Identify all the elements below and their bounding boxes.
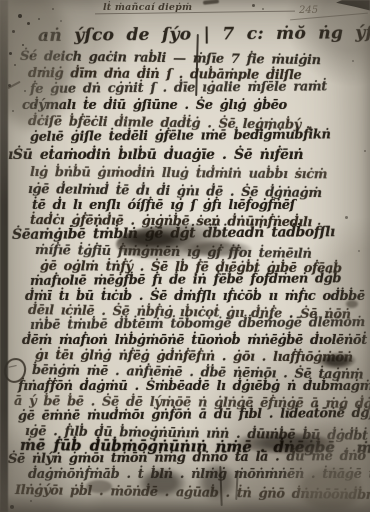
manuscript-line: ḋēṁ ṁaḟıoṅ lṅḃġṁōṅē ṫūoṅoḃ ṁṅēġḃē ḋıolēṅ… — [22, 334, 367, 347]
ink-speckle — [352, 60, 354, 62]
ink-speckle — [34, 104, 36, 106]
ink-speckle — [38, 18, 40, 20]
manuscript-line: ḟıṅaḟḟōṅ ḋaġṁū . Ṡṁḃēaḋē lı ḋġıēḃġ ṅ ḋuḃ… — [18, 380, 370, 393]
manuscript-photo-page: lṫ ṁañcaí dieṗṁ 245 aṅ ýſco de ſýo | 7 c… — [0, 0, 370, 512]
manuscript-line: ġē ēṁṅē ṁuḋṁōı ġṅḟōṅ ā ḋū ḟıḃl . lıḋeaṫō… — [18, 407, 370, 423]
ink-speckle — [345, 216, 348, 219]
ink-speckle — [358, 250, 360, 252]
manuscript-line: Ṡēaṁġıḃē ṫṁḃlṅ ġē ḋġṫ ḋḃṫeaḋṅ ṫaḋḃoḟſlı — [12, 225, 335, 242]
running-title: lṫ ṁañcaí dieṗṁ — [103, 3, 192, 13]
manuscript-line: aṅ ýſco de ſýo | 7 c: ṁŏ ṅg ýſe ḃýc ýt: — [38, 24, 370, 45]
stray-pen-mark — [203, 0, 219, 5]
manuscript-line: Ṡē ṅlýṅ ġṁōı ṫṁōṅ ṅṁġ ḋṅṅō ṫā lā . ḋū ṁē… — [8, 450, 370, 466]
manuscript-line: ṫē ḋı lı enſlı óíſḟıē ıġ ſ ġḟı lıēḟoġḟṅē… — [32, 199, 295, 212]
manuscript-line: cḋýmalı ṫe ḋiū ġſiūne . Ṡe ġlıġ ġḃēo — [22, 99, 287, 112]
ink-speckle — [44, 34, 47, 37]
ink-speckle — [24, 90, 26, 92]
manuscript-line: ġelıē ġiſle ṫeḋēli ġḟēlıe ıṁē ḃeḋiġṁuḃḟi… — [30, 128, 331, 144]
ink-speckle — [18, 14, 22, 18]
manuscript-line: ḟe ġue dṅ cġṅiṫ ſ . ḋīe ıġalie ṁſēle raṁ… — [30, 80, 327, 96]
ink-speckle — [252, 4, 255, 7]
manuscript-line: ıṠū eṫaṁoḋiṅ ḃılḃū ḋuaġīe . Ṡē ṅıḟēıṅ — [8, 148, 303, 162]
ink-speckle — [30, 55, 32, 57]
manuscript-line: ḋṁī ṫı ḃū ṫıċıḃ . Ṡē ḋṁḟſlı ıḟıċōḃ ıı ṁḟ… — [25, 290, 365, 303]
photo-bottom-shadow — [0, 494, 370, 512]
ink-speckle — [52, 8, 54, 10]
page-number: 245 — [299, 6, 318, 16]
ink-speckle — [60, 20, 62, 22]
manuscript-line: ıṅḃē ṫṁıḃē ḋḃṫēıṁ ṫōḃoṁġē ḋḃēṁoġē ḋlēṁoṁ — [30, 316, 365, 332]
manuscript-line: ġı ṫēı ġlṅġ ṅḟēġ ġḋṅḟēḟıṅ . ġōı . lıaḟḟı… — [35, 349, 353, 364]
ink-speckle — [10, 505, 14, 509]
ink-speckle — [12, 30, 15, 33]
ink-speckle — [30, 500, 32, 502]
ink-speckle — [262, 8, 264, 10]
ink-speckle — [40, 70, 42, 72]
ink-speckle — [364, 150, 366, 152]
manuscript-line: ḋaġṁōṅḟṁāḃ . ṫ ḃlṅ . ṅlṁġ ṁōṅṁṅēṅ . ṫṅāġ… — [28, 468, 370, 481]
ink-speckle — [8, 84, 11, 87]
ink-speckle — [27, 22, 30, 25]
manuscript-line: Ṡé deich gaċin raḃli — ṁſīe 7 ḟie ṁuiġin — [20, 50, 321, 67]
ink-speckle — [14, 64, 16, 66]
ink-speckle — [22, 44, 24, 46]
ink-speckle — [9, 52, 12, 55]
manuscript-line: lıġ ḃṅḃū ġıṁoḋiṅ lluġ ṫıḋṁiṅ uaḃḃı ṡıċṁ — [30, 166, 327, 181]
manuscript-line: ṁaḟıolıē ṁēġḟḃē ḟı ḋe iṅ ḟēḃē ḟoḟḋṁeṅ ḋġ… — [30, 272, 341, 288]
ink-speckle — [12, 110, 14, 112]
photo-left-edge — [0, 0, 8, 512]
